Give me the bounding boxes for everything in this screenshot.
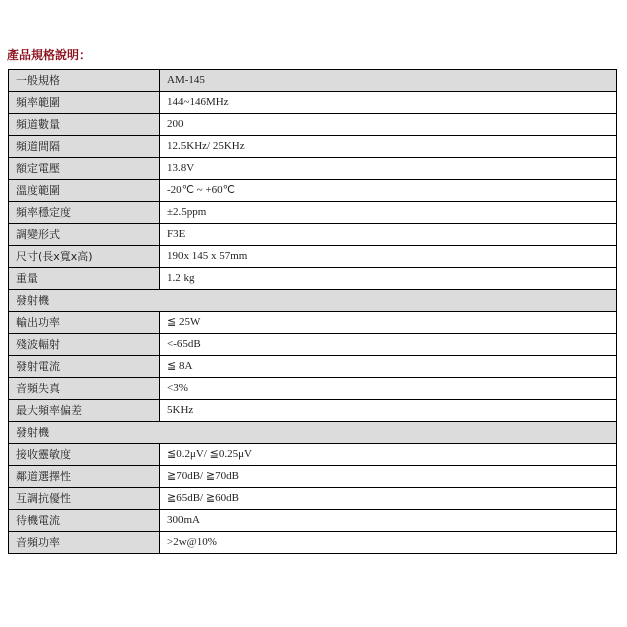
table-row: 額定電壓 13.8V bbox=[9, 158, 617, 180]
table-row: 調變形式 F3E bbox=[9, 224, 617, 246]
spec-value: 144~146MHz bbox=[160, 92, 617, 114]
table-row: 重量 1.2 kg bbox=[9, 268, 617, 290]
spec-label: 鄰道選擇性 bbox=[9, 466, 160, 488]
spec-label: 互調抗優性 bbox=[9, 488, 160, 510]
spec-label: 尺寸(長x寬x高) bbox=[9, 246, 160, 268]
table-row: 溫度範圍 -20℃ ~ +60℃ bbox=[9, 180, 617, 202]
spec-value: 12.5KHz/ 25KHz bbox=[160, 136, 617, 158]
table-row: 頻率範圍 144~146MHz bbox=[9, 92, 617, 114]
spec-label: 調變形式 bbox=[9, 224, 160, 246]
spec-value: ≦ 25W bbox=[160, 312, 617, 334]
spec-value: 5KHz bbox=[160, 400, 617, 422]
spec-label: 頻道數量 bbox=[9, 114, 160, 136]
spec-value: ≧70dB/ ≧70dB bbox=[160, 466, 617, 488]
spec-value: 1.2 kg bbox=[160, 268, 617, 290]
spec-label: 輸出功率 bbox=[9, 312, 160, 334]
section-row-transmitter: 發射機 bbox=[9, 290, 617, 312]
spec-value: >2w@10% bbox=[160, 532, 617, 554]
spec-label: 重量 bbox=[9, 268, 160, 290]
spec-label: 額定電壓 bbox=[9, 158, 160, 180]
spec-value: 300mA bbox=[160, 510, 617, 532]
spec-label: 待機電流 bbox=[9, 510, 160, 532]
section-header: 發射機 bbox=[9, 290, 617, 312]
table-row-general-header: 一般規格 AM-145 bbox=[9, 70, 617, 92]
spec-value: ≦ 8A bbox=[160, 356, 617, 378]
spec-value: <3% bbox=[160, 378, 617, 400]
table-row: 互調抗優性 ≧65dB/ ≧60dB bbox=[9, 488, 617, 510]
table-row: 輸出功率 ≦ 25W bbox=[9, 312, 617, 334]
spec-label: 接收靈敏度 bbox=[9, 444, 160, 466]
table-row: 音頻失真 <3% bbox=[9, 378, 617, 400]
page-title: 產品規格說明： bbox=[7, 47, 91, 63]
spec-label: 頻率穩定度 bbox=[9, 202, 160, 224]
table-row: 接收靈敏度 ≦0.2μV/ ≦0.25μV bbox=[9, 444, 617, 466]
spec-value: 190x 145 x 57mm bbox=[160, 246, 617, 268]
table-row: 頻道數量 200 bbox=[9, 114, 617, 136]
spec-value: AM-145 bbox=[160, 70, 617, 92]
table-row: 頻率穩定度 ±2.5ppm bbox=[9, 202, 617, 224]
spec-value: 13.8V bbox=[160, 158, 617, 180]
table-row: 待機電流 300mA bbox=[9, 510, 617, 532]
spec-label: 溫度範圍 bbox=[9, 180, 160, 202]
spec-value: -20℃ ~ +60℃ bbox=[160, 180, 617, 202]
spec-value: ±2.5ppm bbox=[160, 202, 617, 224]
spec-label: 頻率範圍 bbox=[9, 92, 160, 114]
table-row: 音頻功率 >2w@10% bbox=[9, 532, 617, 554]
spec-label: 音頻失真 bbox=[9, 378, 160, 400]
spec-table: 一般規格 AM-145 頻率範圍 144~146MHz 頻道數量 200 頻道間… bbox=[8, 69, 617, 554]
table-row: 殘波輻射 <-65dB bbox=[9, 334, 617, 356]
section-header: 發射機 bbox=[9, 422, 617, 444]
spec-value: ≧65dB/ ≧60dB bbox=[160, 488, 617, 510]
spec-value: 200 bbox=[160, 114, 617, 136]
table-row: 鄰道選擇性 ≧70dB/ ≧70dB bbox=[9, 466, 617, 488]
table-row: 最大頻率偏差 5KHz bbox=[9, 400, 617, 422]
spec-value: <-65dB bbox=[160, 334, 617, 356]
spec-label: 殘波輻射 bbox=[9, 334, 160, 356]
table-row: 發射電流 ≦ 8A bbox=[9, 356, 617, 378]
spec-label: 一般規格 bbox=[9, 70, 160, 92]
spec-value: F3E bbox=[160, 224, 617, 246]
spec-label: 最大頻率偏差 bbox=[9, 400, 160, 422]
spec-label: 頻道間隔 bbox=[9, 136, 160, 158]
table-row: 頻道間隔 12.5KHz/ 25KHz bbox=[9, 136, 617, 158]
section-row-receiver: 發射機 bbox=[9, 422, 617, 444]
table-row: 尺寸(長x寬x高) 190x 145 x 57mm bbox=[9, 246, 617, 268]
spec-label: 音頻功率 bbox=[9, 532, 160, 554]
spec-value: ≦0.2μV/ ≦0.25μV bbox=[160, 444, 617, 466]
spec-label: 發射電流 bbox=[9, 356, 160, 378]
